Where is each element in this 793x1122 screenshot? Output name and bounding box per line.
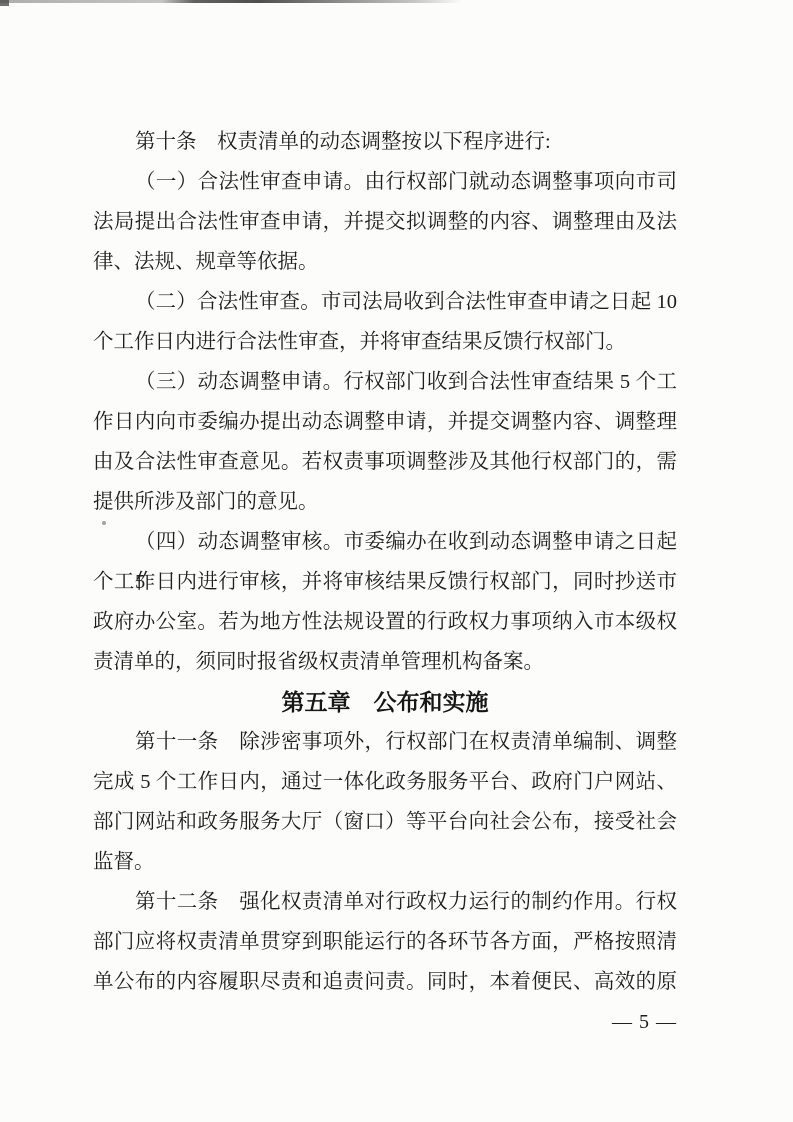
- text-line: 政府办公室。若为地方性法规设置的行政权力事项纳入市本级权: [93, 602, 677, 642]
- text-line: （四）动态调整审核。市委编办在收到动态调整申请之日起 5: [93, 522, 677, 562]
- text-line: 由及合法性审查意见。若权责事项调整涉及其他行权部门的，需: [93, 442, 677, 482]
- article-12-line: 第十二条 强化权责清单对行政权力运行的制约作用。行权: [93, 882, 677, 922]
- text-line: 监督。: [93, 842, 677, 882]
- text-line: 法局提出合法性审查申请，并提交拟调整的内容、调整理由及法: [93, 202, 677, 242]
- scan-artifact-corner: [0, 0, 9, 6]
- text-line: 个工作日内进行合法性审查，并将审查结果反馈行权部门。: [93, 322, 677, 362]
- text-line: 部门应将权责清单贯穿到职能运行的各环节各方面，严格按照清: [93, 922, 677, 962]
- text-line: 责清单的，须同时报省级权责清单管理机构备案。: [93, 642, 677, 682]
- article-11-line: 第十一条 除涉密事项外，行权部门在权责清单编制、调整: [93, 722, 677, 762]
- text-line: 完成 5 个工作日内，通过一体化政务服务平台、政府门户网站、: [93, 762, 677, 802]
- document-page: 第十条 权责清单的动态调整按以下程序进行: （一）合法性审查申请。由行权部门就动…: [0, 0, 793, 1122]
- article-10-title: 第十条 权责清单的动态调整按以下程序进行:: [93, 122, 677, 162]
- text-line: （二）合法性审查。市司法局收到合法性审查申请之日起 10: [93, 282, 677, 322]
- chapter-5-heading: 第五章 公布和实施: [93, 682, 677, 722]
- text-line: 提供所涉及部门的意见。: [93, 482, 677, 522]
- scan-artifact-line: [0, 0, 462, 3]
- text-line: 部门网站和政务服务大厅（窗口）等平台向社会公布，接受社会: [93, 802, 677, 842]
- document-body: 第十条 权责清单的动态调整按以下程序进行: （一）合法性审查申请。由行权部门就动…: [93, 122, 677, 1042]
- text-line: （三）动态调整申请。行权部门收到合法性审查结果 5 个工: [93, 362, 677, 402]
- text-line: 个工作日内进行审核，并将审核结果反馈行权部门，同时抄送市: [93, 562, 677, 602]
- text-line: 律、法规、规章等依据。: [93, 242, 677, 282]
- text-line: 作日内向市委编办提出动态调整申请，并提交调整内容、调整理: [93, 402, 677, 442]
- text-line: 单公布的内容履职尽责和追责问责。同时，本着便民、高效的原: [93, 962, 677, 1002]
- text-line: （一）合法性审查申请。由行权部门就动态调整事项向市司: [93, 162, 677, 202]
- page-number: — 5 —: [93, 1002, 677, 1042]
